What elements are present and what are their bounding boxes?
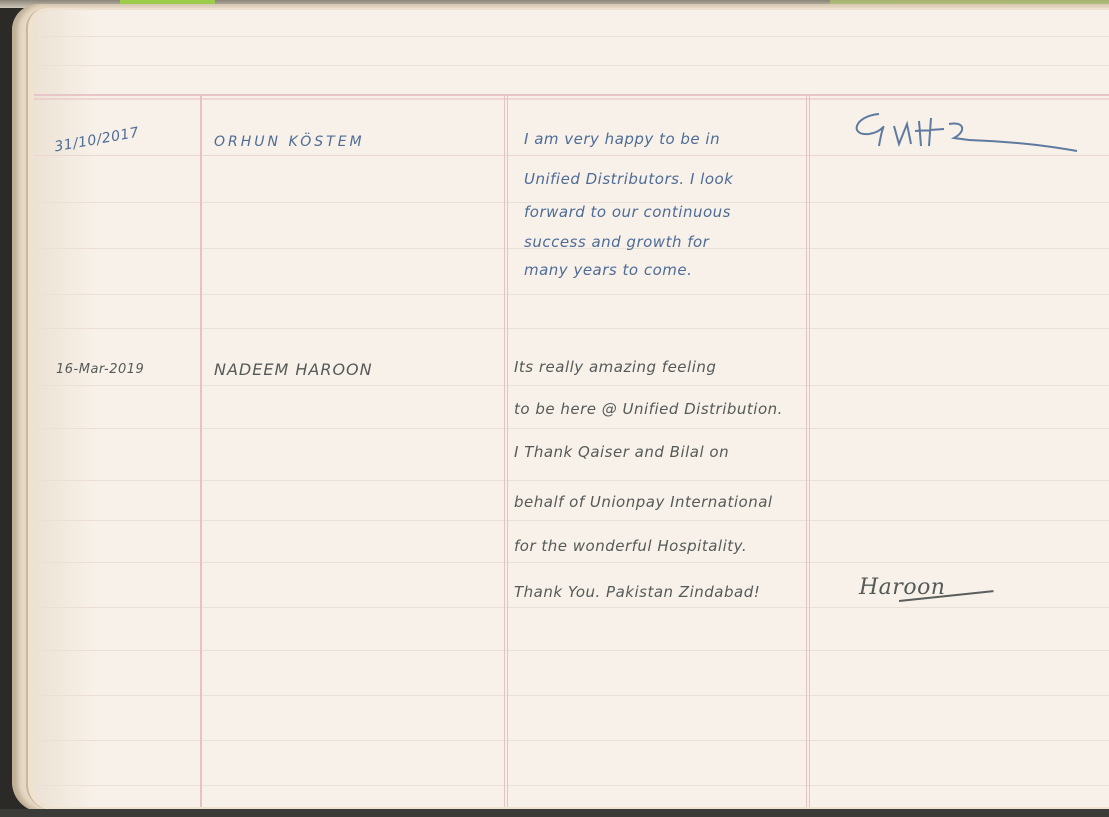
- entry-remark-line: behalf of Unionpay International: [514, 493, 773, 511]
- entry-remark-line: success and growth for: [524, 233, 709, 251]
- entry-remark-line: Its really amazing feeling: [514, 358, 716, 376]
- ledger-page: 31/10/2017 ORHUN KÖSTEM I am very happy …: [34, 10, 1109, 807]
- book-bottom-edge: [0, 809, 1109, 817]
- ruled-line: [34, 428, 1109, 429]
- column-divider-name: [504, 94, 508, 807]
- entry-remark-line: for the wonderful Hospitality.: [514, 537, 747, 555]
- ruled-line: [34, 650, 1109, 651]
- entry-remark-line: I am very happy to be in: [524, 130, 720, 148]
- entry-signature: [849, 106, 1079, 165]
- entry-date: 31/10/2017: [53, 125, 140, 156]
- entry-remark-line: many years to come.: [524, 261, 692, 279]
- ruled-line: [34, 562, 1109, 563]
- entry-remark-line: I Thank Qaiser and Bilal on: [514, 443, 729, 461]
- entry-date: 16-Mar-2019: [56, 362, 144, 377]
- column-divider-remarks: [806, 94, 810, 807]
- ruled-line: [34, 520, 1109, 521]
- ruled-line: [34, 36, 1109, 37]
- ruled-line: [34, 328, 1109, 329]
- ruled-line: [34, 385, 1109, 386]
- entry-remark-line: to be here @ Unified Distribution.: [514, 400, 783, 418]
- ruled-line: [34, 607, 1109, 608]
- entry-name: ORHUN KÖSTEM: [214, 134, 365, 150]
- signature-scribble-icon: [849, 106, 1079, 156]
- entry-name: NADEEM HAROON: [214, 360, 373, 379]
- header-rule-secondary: [34, 98, 1109, 100]
- ruled-line: [34, 480, 1109, 481]
- ruled-line: [34, 294, 1109, 295]
- ruled-line: [34, 740, 1109, 741]
- entry-remark-line: forward to our continuous: [524, 203, 731, 221]
- header-rule: [34, 94, 1109, 96]
- ruled-line: [34, 65, 1109, 66]
- ruled-line: [34, 695, 1109, 696]
- column-divider-date: [200, 94, 202, 807]
- entry-remark-line: Unified Distributors. I look: [524, 170, 733, 188]
- entry-remark-line: Thank You. Pakistan Zindabad!: [514, 583, 760, 601]
- ruled-line: [34, 785, 1109, 786]
